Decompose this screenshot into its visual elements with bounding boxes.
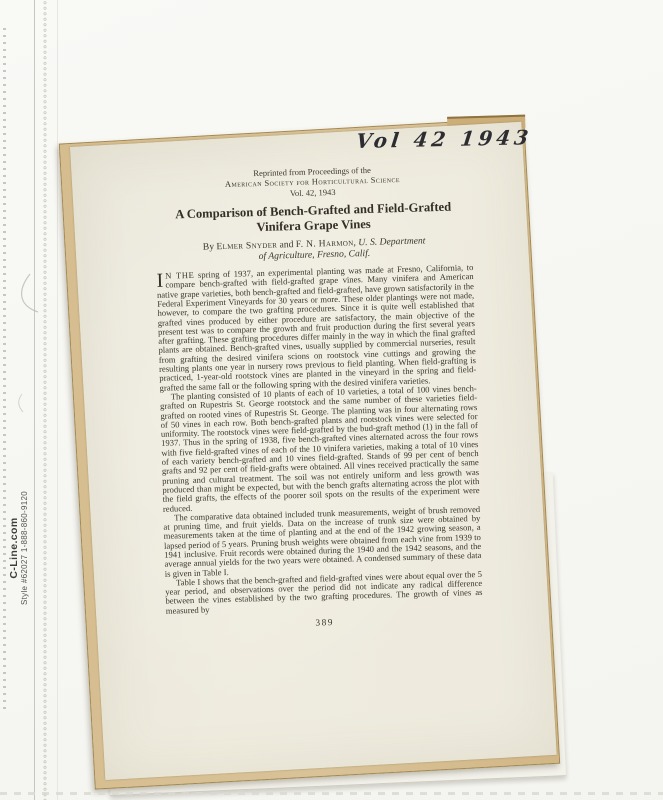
handwritten-volume-note: Vol 42 1943 — [355, 125, 534, 153]
author-2: F. N. Harmon — [296, 237, 354, 250]
article-body: IN THE spring of 1937, an experimental p… — [156, 263, 482, 616]
reprint-header: Reprinted from Proceedings of the Americ… — [154, 162, 472, 202]
byline-and: and — [277, 239, 296, 251]
printed-content: Reprinted from Proceedings of the Americ… — [154, 162, 484, 633]
sleeve-style-text: Style #62027 1-888-860-9120 — [21, 457, 30, 639]
journal-page: Vol 42 1943 Reprinted from Proceedings o… — [70, 122, 557, 780]
page-number: 389 — [166, 614, 483, 633]
article-title: A Comparison of Bench-Grafted and Field-… — [155, 199, 473, 239]
paragraph-1: IN THE spring of 1937, an experimental p… — [156, 263, 476, 393]
byline: By Elmer Snyder and F. N. Harmon, U. S. … — [156, 234, 474, 266]
affiliation-line-1: U. S. Department — [358, 235, 425, 248]
scratch-mark — [6, 268, 60, 428]
sleeve-brand-text: C-Line.com — [9, 457, 21, 639]
scanner-bed: C-Line.com Style #62027 1-888-860-9120 V… — [0, 0, 663, 800]
paragraph-3: The comparative data obtained included t… — [163, 505, 482, 579]
byline-by: By — [203, 241, 217, 252]
paragraph-2: The planting consisted of 10 plants of e… — [160, 384, 480, 514]
paragraph-1-text: spring of 1937, an experimental planting… — [157, 262, 476, 392]
drop-cap: I — [156, 272, 163, 290]
sleeve-branding: C-Line.com Style #62027 1-888-860-9120 — [9, 457, 39, 639]
bottom-perforation-line — [0, 792, 663, 795]
page-stack: Vol 42 1943 Reprinted from Proceedings o… — [70, 122, 557, 780]
paragraph-4: Table I shows that the bench-grafted and… — [165, 570, 483, 616]
author-1: Elmer Snyder — [216, 239, 277, 252]
